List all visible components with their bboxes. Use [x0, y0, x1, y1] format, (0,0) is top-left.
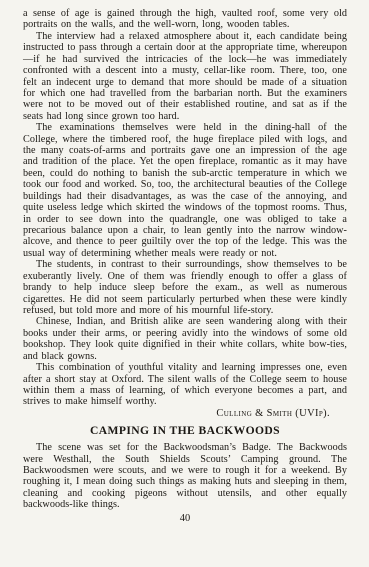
article-attribution: Culling & Smith (UVIp). [23, 408, 347, 419]
book-page: a sense of age is gained through the hig… [0, 0, 369, 567]
paragraph-conclusion: This combination of youthful vitality an… [23, 362, 347, 408]
paragraph-continuation: a sense of age is gained through the hig… [23, 8, 347, 31]
paragraph-bookshop: Chinese, Indian, and British alike are s… [23, 316, 347, 362]
paragraph-interview: The interview had a relaxed atmosphere a… [23, 31, 347, 122]
section-heading: CAMPING IN THE BACKWOODS [23, 424, 347, 437]
page-number: 40 [23, 513, 347, 524]
paragraph-camping: The scene was set for the Backwoodsman’s… [23, 442, 347, 511]
paragraph-students: The students, in contrast to their surro… [23, 259, 347, 316]
paragraph-examinations: The examinations themselves were held in… [23, 122, 347, 259]
